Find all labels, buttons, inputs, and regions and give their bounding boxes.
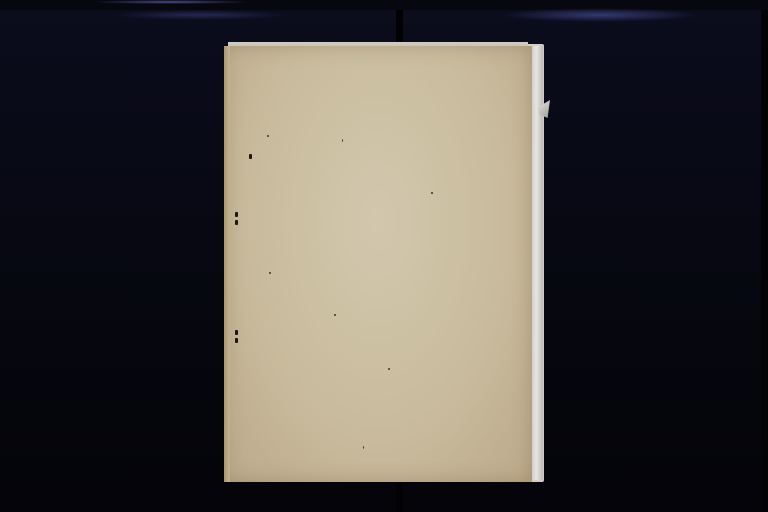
- paper-speck: [334, 314, 336, 316]
- paper-speck: [431, 192, 433, 194]
- binding-hole: [235, 212, 238, 217]
- light-glow: [500, 8, 700, 22]
- aged-paper-sheet: [224, 46, 532, 482]
- binding-hole: [235, 220, 238, 225]
- paper-speck: [342, 139, 343, 142]
- binding-hole: [235, 330, 238, 335]
- paper-speck: [269, 272, 271, 274]
- paper-speck: [388, 368, 390, 370]
- background-right-edge: [761, 10, 768, 512]
- light-glow: [90, 0, 250, 4]
- paper-speck: [363, 446, 364, 449]
- binding-hole: [235, 338, 238, 343]
- paper-speck: [267, 135, 269, 137]
- light-glow: [110, 10, 290, 20]
- binding-hole: [249, 154, 252, 159]
